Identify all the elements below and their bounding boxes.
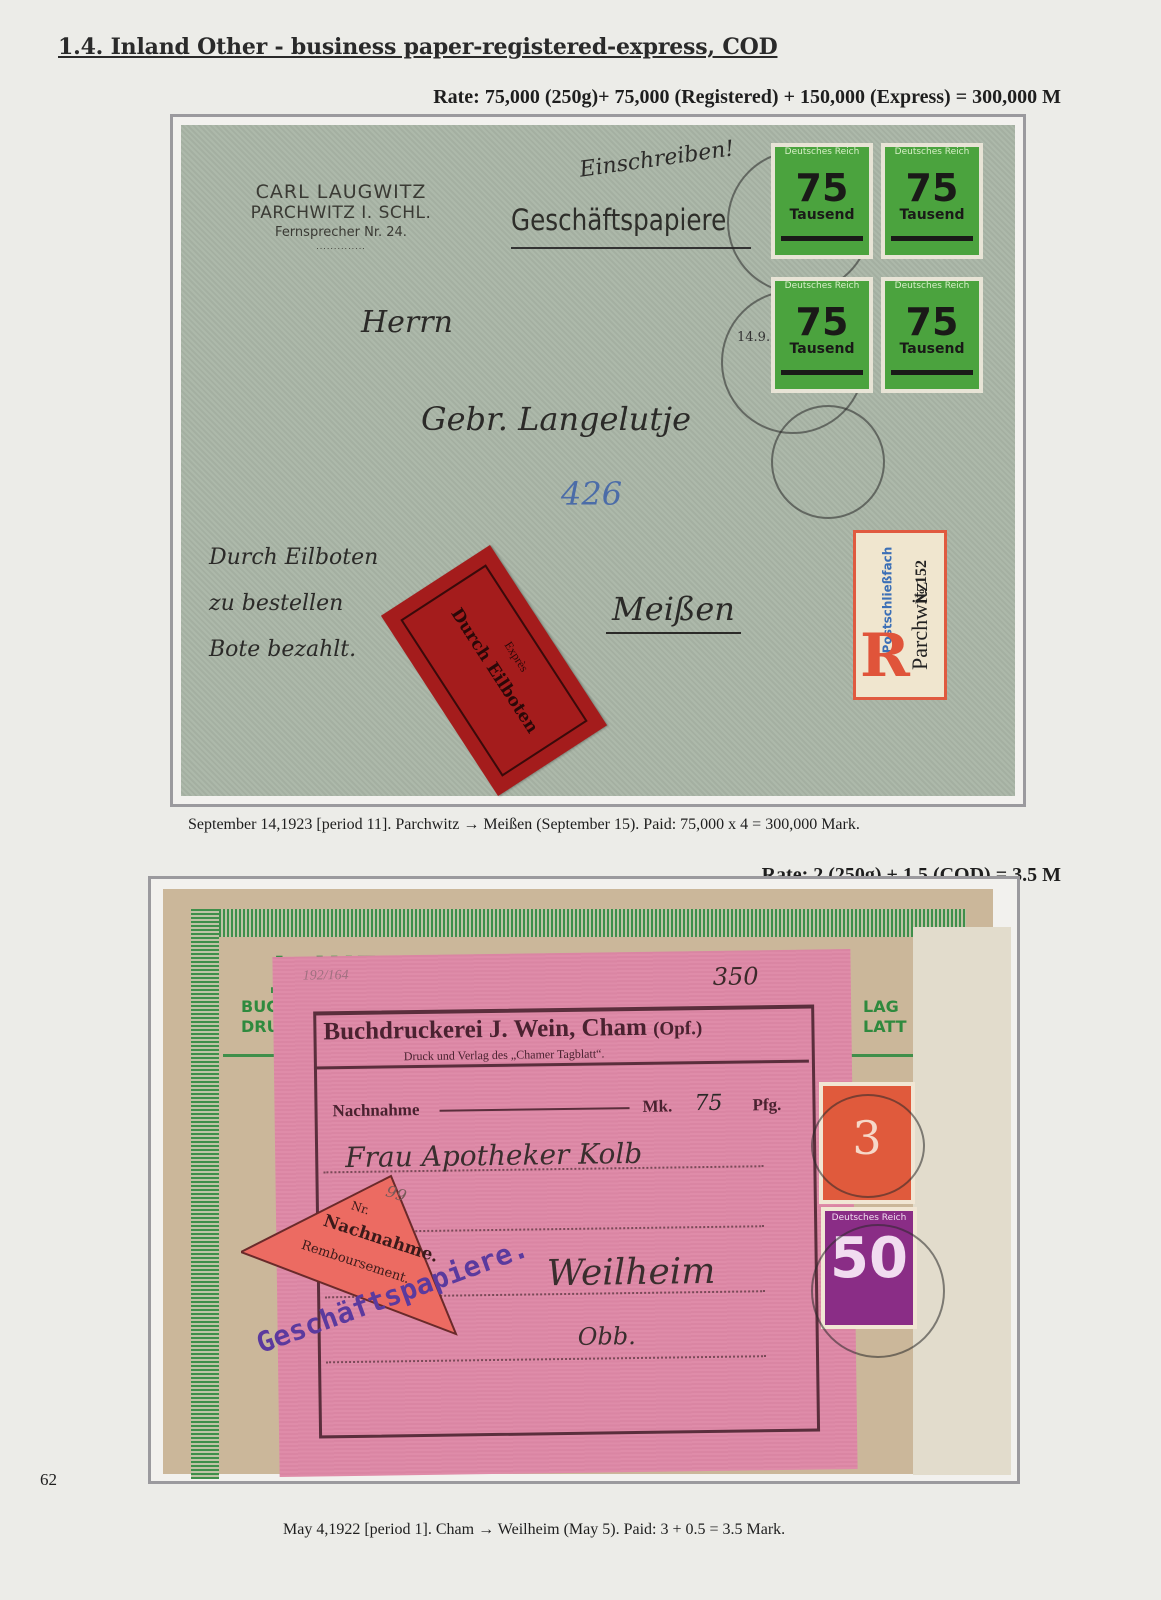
pfg-label: Pfg. bbox=[752, 1095, 781, 1115]
sender-dots: .............. bbox=[241, 242, 441, 251]
stamp-obliteration-bar bbox=[781, 236, 863, 241]
stamp-top-text: Deutsches Reich bbox=[885, 147, 979, 157]
stamp-75-tausend: Deutsches Reich 75 Tausend bbox=[771, 143, 873, 259]
stamp-top-text: Deutsches Reich bbox=[885, 281, 979, 291]
stamp-75-tausend: Deutsches Reich 75 Tausend bbox=[771, 277, 873, 393]
stamp-overprint: 75 bbox=[885, 303, 979, 341]
cover-1-envelope: CARL LAUGWITZ PARCHWITZ I. SCHL. Fernspr… bbox=[181, 125, 1015, 796]
stamp-overprint: 75 bbox=[775, 169, 869, 207]
envelope-right-flap bbox=[913, 927, 1011, 1475]
stamp-obliteration-bar bbox=[891, 370, 973, 375]
handwritten-destination: Meißen bbox=[606, 590, 741, 634]
stamp-top-text: Deutsches Reich bbox=[775, 281, 869, 291]
stamp-obliteration-bar bbox=[781, 370, 863, 375]
caption-2: May 4,1922 [period 1]. Cham → Weilheim (… bbox=[283, 1521, 785, 1539]
instruction-line-2: zu bestellen bbox=[209, 581, 378, 627]
envelope-green-border-top bbox=[191, 909, 966, 937]
envelope-right-line-1: LAG bbox=[863, 997, 907, 1017]
handwritten-addressee: Frau Apotheker Kolb bbox=[345, 1137, 642, 1174]
page-heading: 1.4. Inland Other - business paper-regis… bbox=[58, 34, 777, 60]
underline bbox=[511, 247, 751, 249]
instruction-line-1: Durch Eilboten bbox=[209, 535, 378, 581]
card-firm: Buchdruckerei J. Wein, Cham (Opf.) bbox=[323, 1013, 702, 1046]
stamp-word: Tausend bbox=[775, 341, 869, 357]
handwritten-addressee: Gebr. Langelutje bbox=[421, 400, 691, 438]
stamp-top-text: Deutsches Reich bbox=[775, 147, 869, 157]
pencil-note: 192/164 bbox=[303, 968, 349, 985]
registration-number: № 152 bbox=[913, 560, 931, 604]
envelope-green-border-left bbox=[191, 909, 219, 1479]
postmark-ring bbox=[811, 1224, 945, 1358]
stamp-overprint: 75 bbox=[885, 169, 979, 207]
stamp-top-text: Deutsches Reich bbox=[825, 1213, 913, 1223]
card-firm-name: Buchdruckerei J. Wein, Cham bbox=[323, 1014, 647, 1046]
stamp-obliteration-bar bbox=[891, 236, 973, 241]
sender-imprint: CARL LAUGWITZ PARCHWITZ I. SCHL. Fernspr… bbox=[241, 181, 441, 251]
card-subtitle: Druck und Verlag des „Chamer Tagblatt“. bbox=[404, 1046, 605, 1064]
stamp-75-tausend: Deutsches Reich 75 Tausend bbox=[881, 143, 983, 259]
cover-2-frame: J. WEIN, CHAM i. BAYERN BUC DRUC LAG LAT… bbox=[148, 876, 1020, 1484]
handwritten-amount: 350 bbox=[713, 962, 759, 991]
cover-1-frame: CARL LAUGWITZ PARCHWITZ I. SCHL. Fernspr… bbox=[170, 114, 1026, 807]
sender-phone: Fernsprecher Nr. 24. bbox=[241, 225, 441, 240]
handwritten-number: 426 bbox=[561, 475, 622, 513]
mk-label: Mk. bbox=[642, 1096, 672, 1116]
registration-letter: R bbox=[860, 621, 910, 691]
instruction-line-3: Bote bezahlt. bbox=[209, 627, 378, 673]
envelope-right-text: LAG LATT bbox=[863, 997, 907, 1037]
printed-business-papers: Geschäftspapiere bbox=[511, 203, 726, 237]
stamp-word: Tausend bbox=[885, 207, 979, 223]
envelope-right-line-2: LATT bbox=[863, 1017, 907, 1037]
stamp-word: Tausend bbox=[775, 207, 869, 223]
handwritten-salutation: Herrn bbox=[361, 305, 453, 340]
stamp-word: Tausend bbox=[885, 341, 979, 357]
postmark-ring bbox=[811, 1094, 925, 1198]
caption-1: September 14,1923 [period 11]. Parchwitz… bbox=[188, 816, 860, 834]
registration-label: Postschließfach Parchwitz № 152 R bbox=[853, 530, 947, 700]
nachnahme-label: Nachnahme bbox=[332, 1100, 419, 1121]
handwritten-registered: Einschreiben! bbox=[578, 136, 736, 182]
handwritten-region: Obb. bbox=[578, 1322, 636, 1351]
card-firm-suffix: (Opf.) bbox=[653, 1018, 702, 1040]
express-label: Durch Eilboten Exprès bbox=[381, 545, 607, 796]
sender-name: CARL LAUGWITZ bbox=[241, 181, 441, 203]
handwritten-destination: Weilheim bbox=[547, 1251, 716, 1294]
postmark-ring bbox=[771, 405, 885, 519]
handwritten-instruction: Durch Eilboten zu bestellen Bote bezahlt… bbox=[209, 535, 378, 673]
handwritten-pfg: 75 bbox=[694, 1091, 722, 1116]
stamp-75-tausend: Deutsches Reich 75 Tausend bbox=[881, 277, 983, 393]
sender-town: PARCHWITZ I. SCHL. bbox=[241, 203, 441, 223]
rate-line-1: Rate: 75,000 (250g)+ 75,000 (Registered)… bbox=[433, 86, 1061, 109]
page-number: 62 bbox=[40, 1470, 57, 1490]
stamp-overprint: 75 bbox=[775, 303, 869, 341]
